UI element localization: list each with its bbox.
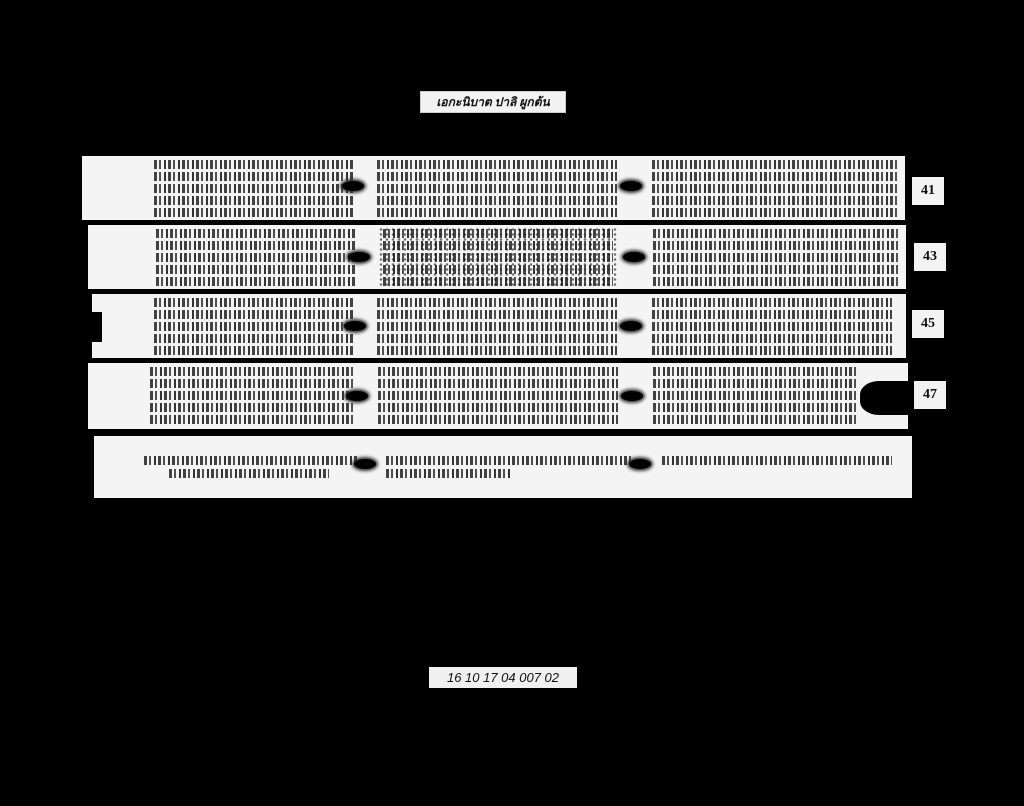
binding-hole [620, 181, 642, 191]
page-label-43: 43 [914, 243, 946, 271]
page-label-47: 47 [914, 381, 946, 409]
microfilm-reference-code: 16 10 17 04 007 02 [429, 667, 577, 688]
binding-hole [344, 321, 366, 331]
palm-leaf-3 [92, 294, 906, 358]
binding-hole [346, 391, 368, 401]
manuscript-title-label: เอกะนิบาต ปาลิ ผูกต้น [420, 91, 566, 113]
leaf-damage [92, 312, 102, 342]
binding-hole [348, 252, 370, 262]
palm-leaf-4 [88, 363, 908, 429]
binding-hole [620, 321, 642, 331]
binding-hole [354, 459, 376, 469]
palm-leaf-1 [82, 156, 905, 220]
leaf-damage [860, 381, 908, 415]
page-label-41: 41 [912, 177, 944, 205]
binding-hole [629, 459, 651, 469]
page-label-45: 45 [912, 310, 944, 338]
binding-hole [623, 252, 645, 262]
palm-leaf-5 [94, 436, 912, 498]
palm-leaf-2 [88, 225, 906, 289]
binding-hole [621, 391, 643, 401]
binding-hole [342, 181, 364, 191]
